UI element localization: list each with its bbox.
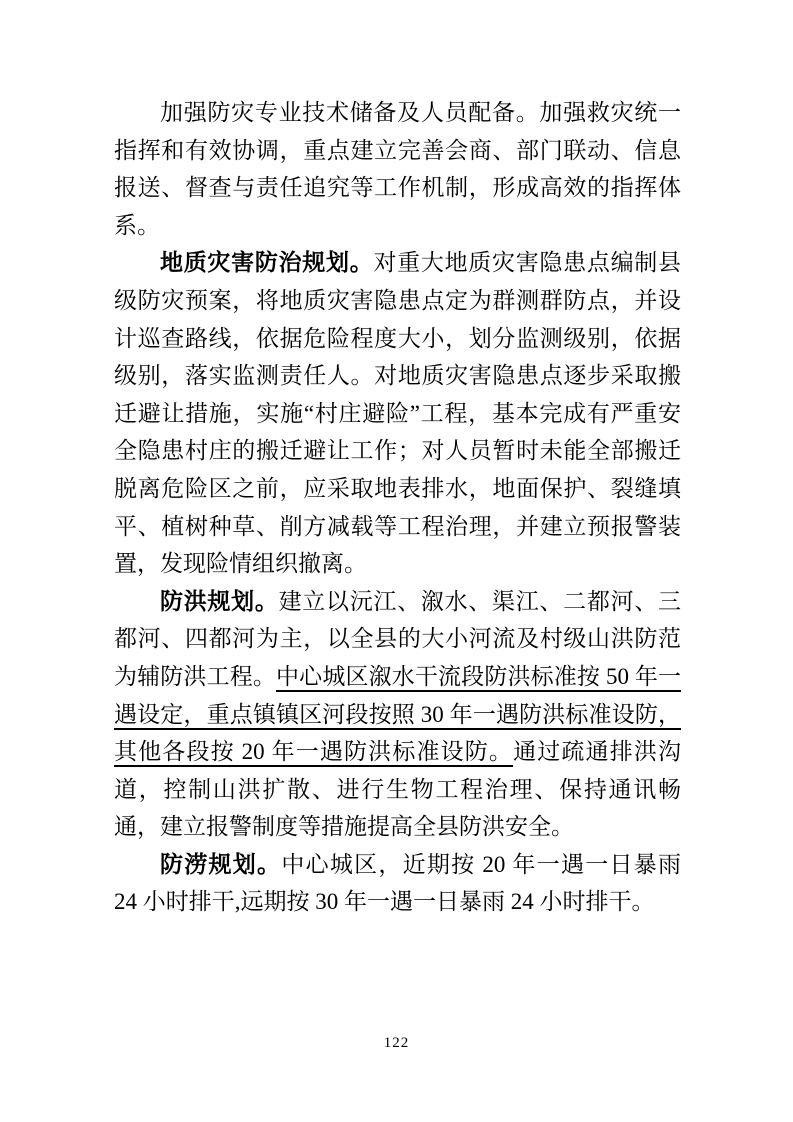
paragraph-geohazard-prevention-plan: 地质灾害防治规划。对重大地质灾害隐患点编制县级防灾预案，将地质灾害隐患点定为群测…: [114, 244, 681, 582]
document-page: 加强防灾专业技术储备及人员配备。加强救灾统一指挥和有效协调，重点建立完善会商、部…: [0, 0, 793, 1122]
page-number: 122: [0, 1035, 793, 1052]
geohazard-plan-heading: 地质灾害防治规划。: [160, 250, 373, 275]
flood-plan-heading: 防洪规划。: [160, 589, 279, 614]
paragraph-waterlogging-plan: 防涝规划。中心城区，近期按 20 年一遇一日暴雨 24 小时排干,远期按 30 …: [114, 846, 681, 921]
waterlogging-plan-heading: 防涝规划。: [160, 852, 281, 877]
geohazard-plan-text: 对重大地质灾害隐患点编制县级防灾预案，将地质灾害隐患点定为群测群防点，并设计巡查…: [114, 250, 681, 576]
paragraph-flood-control-plan: 防洪规划。建立以沅江、溆水、渠江、二都河、三都河、四都河为主，以全县的大小河流及…: [114, 583, 681, 846]
document-body: 加强防灾专业技术储备及人员配备。加强救灾统一指挥和有效协调，重点建立完善会商、部…: [114, 94, 681, 921]
paragraph-disaster-relief-command: 加强防灾专业技术储备及人员配备。加强救灾统一指挥和有效协调，重点建立完善会商、部…: [114, 94, 681, 244]
